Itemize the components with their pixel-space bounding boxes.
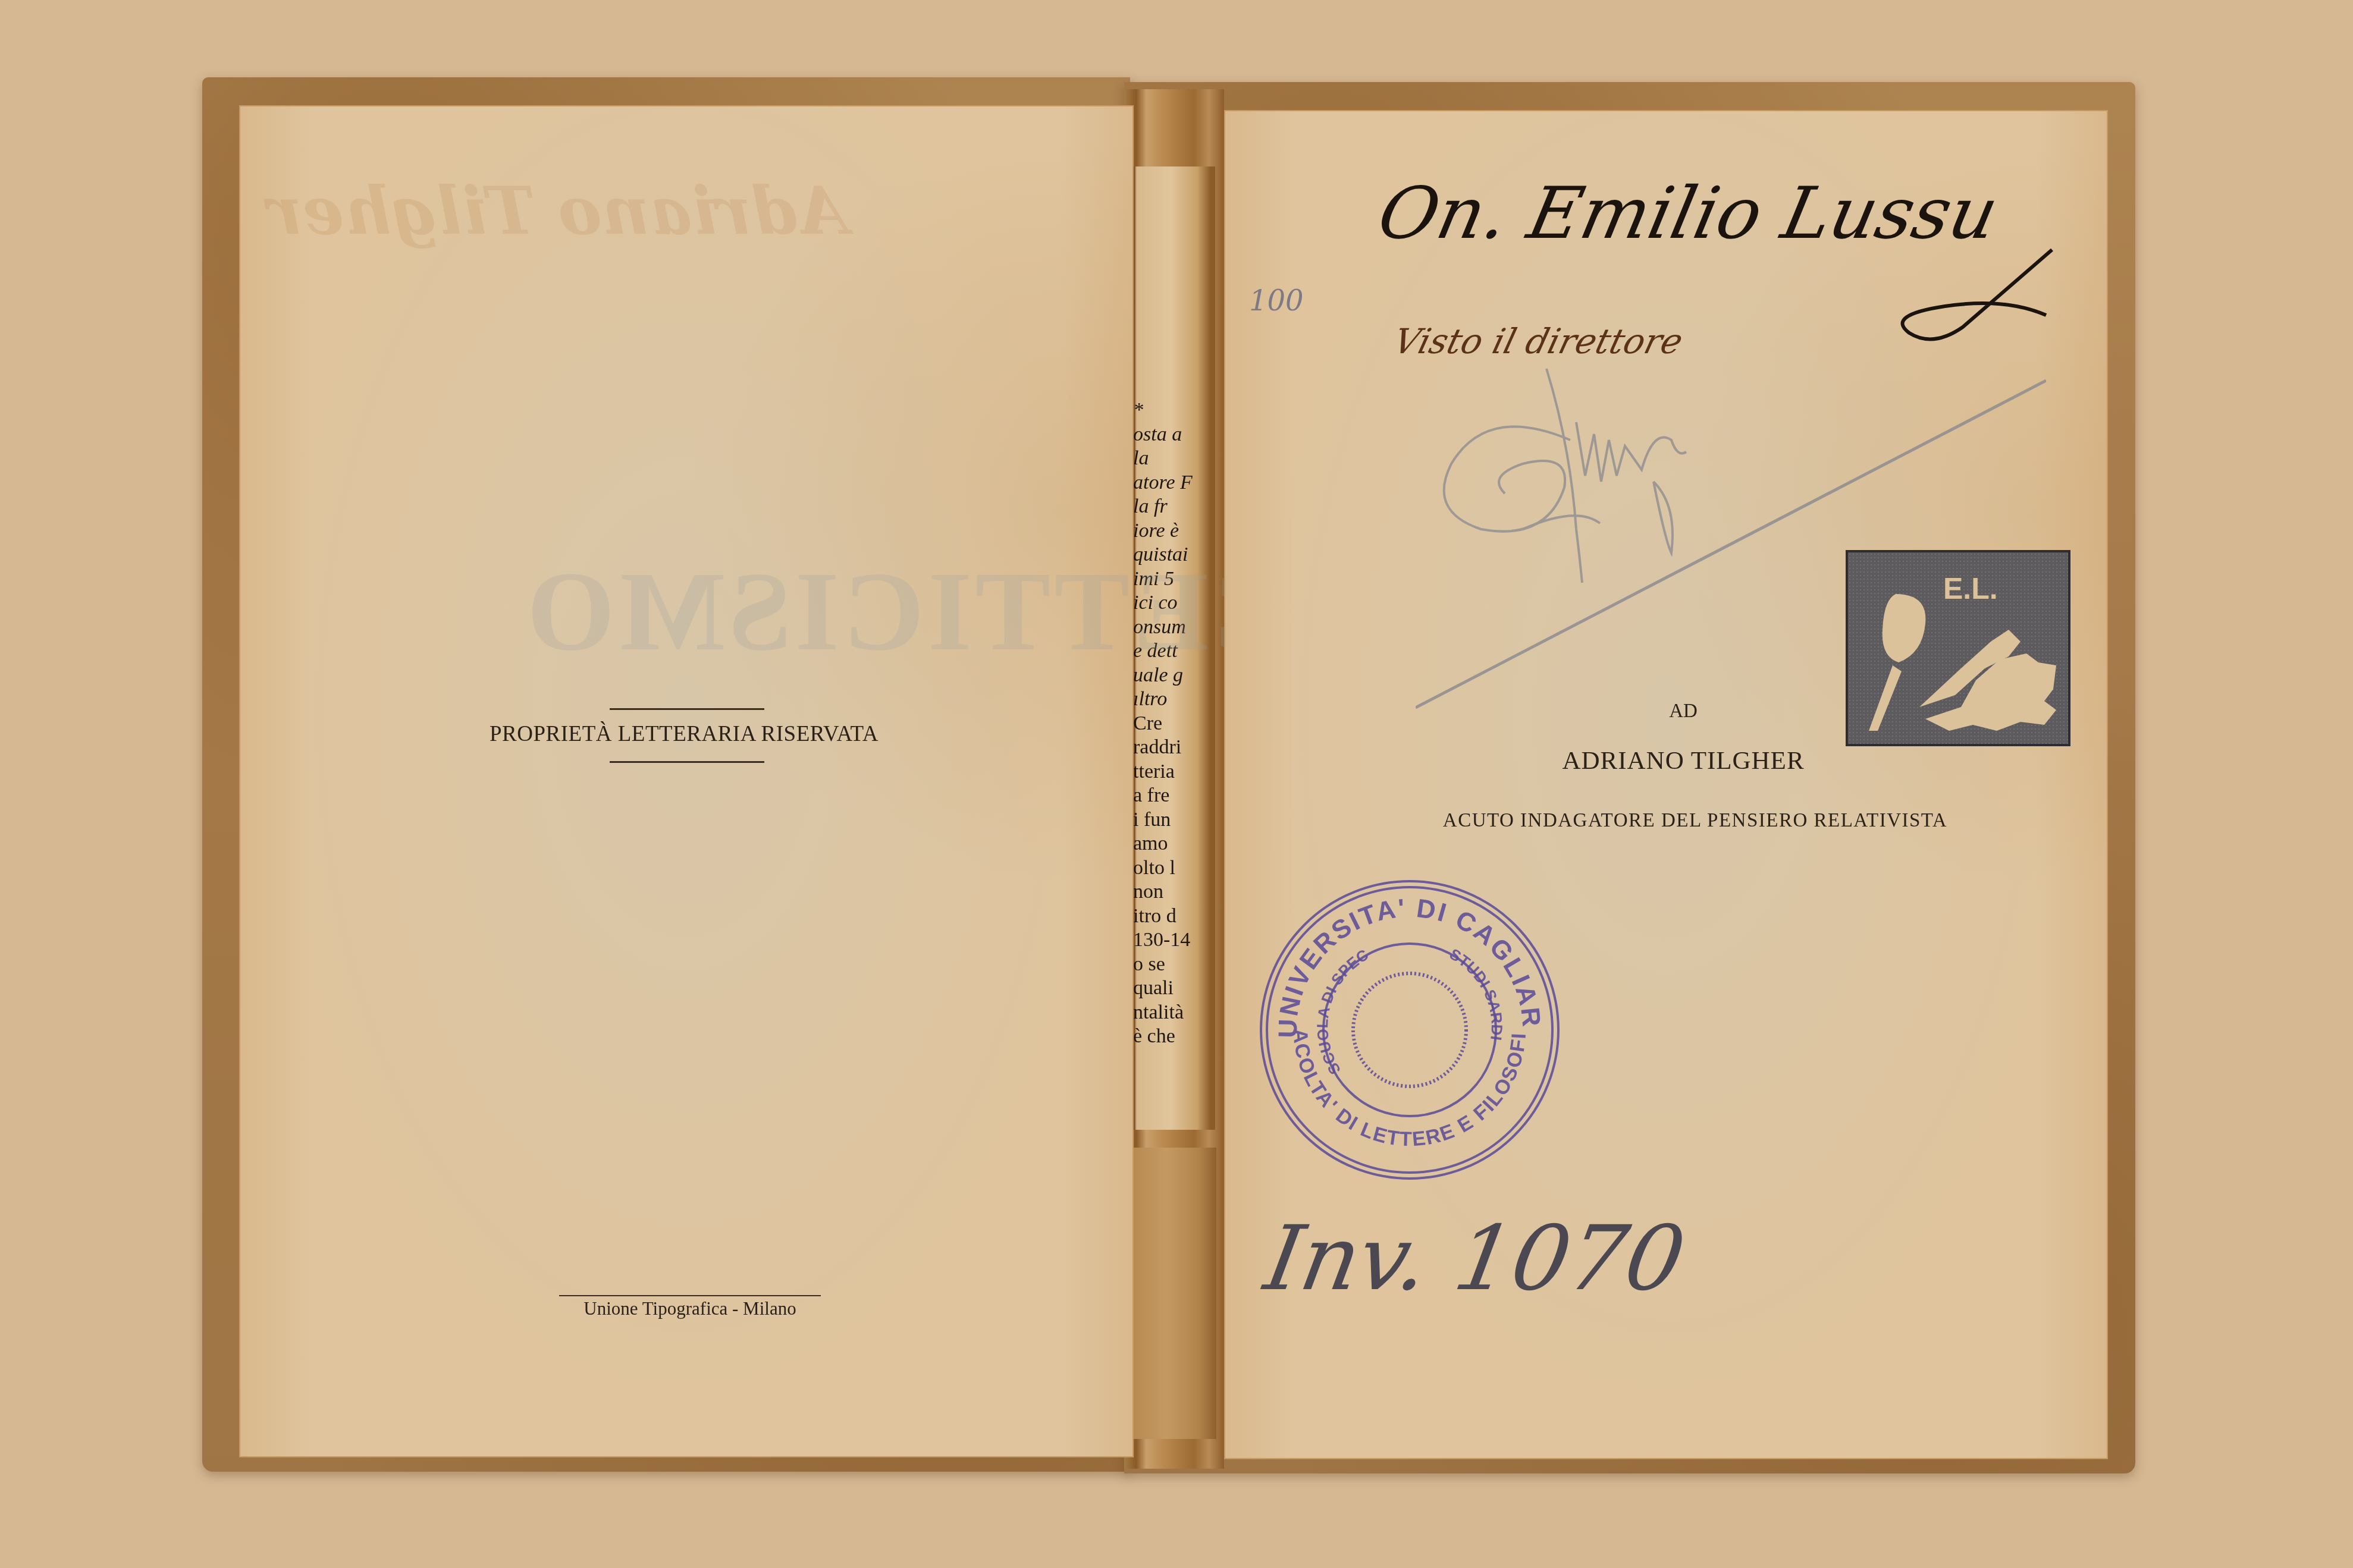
bleed-through-author: Adriano Tilgher — [268, 172, 848, 249]
newspaper-line: atore F — [1133, 471, 1216, 495]
newspaper-line: iore è — [1133, 519, 1216, 543]
oak-leaf-acorn-icon — [1848, 552, 2068, 744]
newspaper-line: itro d — [1133, 904, 1216, 929]
newspaper-line: non — [1133, 880, 1216, 904]
spine-exposed-board — [1133, 1148, 1216, 1439]
newspaper-line: osta a — [1133, 423, 1216, 447]
newspaper-line: la — [1133, 447, 1216, 471]
signature-flourish — [1874, 238, 2070, 345]
newspaper-line: o se — [1133, 953, 1216, 977]
dedication-prefix: AD — [1624, 700, 1743, 722]
newspaper-line: quali — [1133, 976, 1216, 1001]
copyright-notice: PROPRIETÀ LETTERARIA RISERVATA — [416, 721, 952, 747]
newspaper-line: è che — [1133, 1025, 1216, 1049]
printer-imprint: Unione Tipografica - Milano — [535, 1298, 845, 1319]
newspaper-line: ıltro — [1133, 687, 1216, 712]
newspaper-line: a fre — [1133, 784, 1216, 808]
library-stamp: UNIVERSITA' DI CAGLIARI FACOLTA' DI LETT… — [1252, 874, 1567, 1186]
newspaper-line: raddri — [1133, 736, 1216, 760]
copyright-rule-bottom — [610, 761, 764, 763]
publisher-stamp: E.L. — [1846, 550, 2070, 746]
newspaper-line: * — [1133, 398, 1216, 423]
handwritten-note: Visto il direttore — [1390, 321, 1687, 362]
spine-newspaper-fragment: *osta a laatore F la friore èquistaiimi … — [1133, 398, 1216, 1124]
newspaper-line: 130-14 — [1133, 928, 1216, 953]
newspaper-line: Cre — [1133, 712, 1216, 736]
newspaper-line: la fr — [1133, 495, 1216, 519]
newspaper-line: i fun — [1133, 808, 1216, 832]
dedication-name: ADRIANO TILGHER — [1487, 746, 1880, 775]
inventory-number: Inv. 1070 — [1258, 1207, 1693, 1311]
dedication-subtitle: ACUTO INDAGATORE DEL PENSIERO RELATIVIST… — [1338, 810, 2052, 832]
left-page — [239, 105, 1134, 1457]
pencil-number: 100 — [1249, 284, 1304, 318]
newspaper-line: tteria — [1133, 760, 1216, 784]
printer-rule — [559, 1295, 821, 1296]
copyright-rule-top — [610, 708, 764, 710]
newspaper-line: ntalità — [1133, 1001, 1216, 1025]
newspaper-line: olto l — [1133, 856, 1216, 881]
newspaper-line: amo — [1133, 832, 1216, 856]
